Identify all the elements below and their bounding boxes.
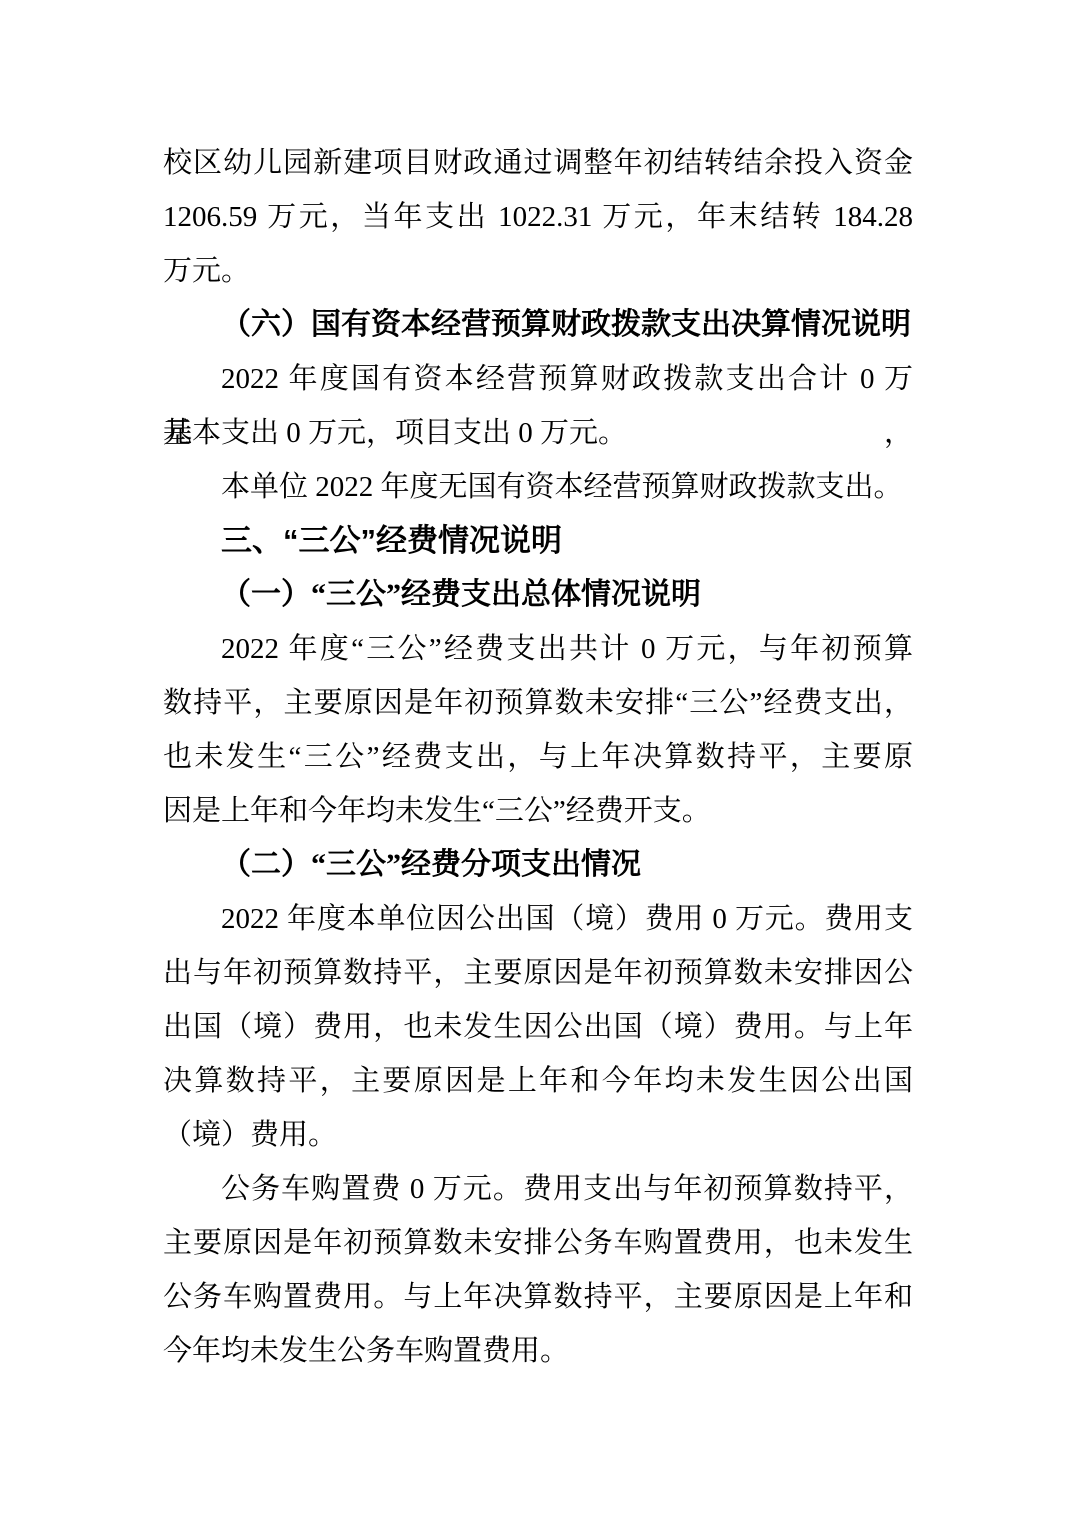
paragraph-line: 主要原因是年初预算数未安排公务车购置费用，也未发生	[163, 1216, 913, 1270]
paragraph-line: 今年均未发生公务车购置费用。	[163, 1324, 913, 1378]
paragraph-line: 2022 年度国有资本经营预算财政拨款支出合计 0 万元，	[163, 352, 913, 406]
heading-level-2: （一）“三公”经费支出总体情况说明	[163, 568, 913, 622]
paragraph-line: 万元。	[163, 244, 913, 298]
paragraph-line: 也未发生“三公”经费支出，与上年决算数持平，主要原	[163, 730, 913, 784]
paragraph-line: 2022 年度“三公”经费支出共计 0 万元，与年初预算	[163, 622, 913, 676]
paragraph-line: 因是上年和今年均未发生“三公”经费开支。	[163, 784, 913, 838]
paragraph-line: 出国（境）费用，也未发生因公出国（境）费用。与上年	[163, 1000, 913, 1054]
paragraph-line: 公务车购置费用。与上年决算数持平，主要原因是上年和	[163, 1270, 913, 1324]
paragraph-line: 2022 年度本单位因公出国（境）费用 0 万元。费用支	[163, 892, 913, 946]
paragraph-line: 本单位 2022 年度无国有资本经营预算财政拨款支出。	[163, 460, 913, 514]
document-page: 校区幼儿园新建项目财政通过调整年初结转结余投入资金1206.59 万元，当年支出…	[0, 0, 1074, 1520]
heading-level-2: （二）“三公”经费分项支出情况	[163, 838, 913, 892]
paragraph-line: 出与年初预算数持平，主要原因是年初预算数未安排因公	[163, 946, 913, 1000]
paragraph-line: 数持平，主要原因是年初预算数未安排“三公”经费支出，	[163, 676, 913, 730]
paragraph-line: 校区幼儿园新建项目财政通过调整年初结转结余投入资金	[163, 136, 913, 190]
heading-level-1: 三、“三公”经费情况说明	[163, 514, 913, 568]
paragraph-line: 决算数持平，主要原因是上年和今年均未发生因公出国	[163, 1054, 913, 1108]
paragraph-line: 公务车购置费 0 万元。费用支出与年初预算数持平，	[163, 1162, 913, 1216]
paragraph-line: （境）费用。	[163, 1108, 913, 1162]
paragraph-line: 1206.59 万元，当年支出 1022.31 万元，年末结转 184.28	[163, 190, 913, 244]
heading-level-2: （六）国有资本经营预算财政拨款支出决算情况说明	[163, 298, 913, 352]
document-content: 校区幼儿园新建项目财政通过调整年初结转结余投入资金1206.59 万元，当年支出…	[163, 136, 913, 1378]
